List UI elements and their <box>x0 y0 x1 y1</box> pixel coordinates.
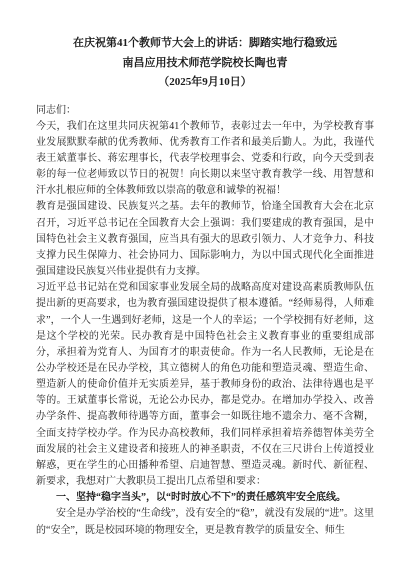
document-author-line: 南昌应用技术师范学院校长陶也青 <box>36 54 374 74</box>
section-heading-safety: 一、坚持“稳字当头”，以“时时放心不下”的责任感筑牢安全底线。 <box>36 490 374 506</box>
paragraph-education-strong-nation: 教育是强国建设、民族复兴之基。去年的教师节，恰逢全国教育大会在北京召开，习近平总… <box>36 199 374 280</box>
document-date-line: （2025年9月10日） <box>36 73 374 93</box>
document-title-block: 在庆祝第41个教师节大会上的讲话：脚踏实地行稳致远 南昌应用技术师范学院校长陶也… <box>36 34 374 93</box>
salutation: 同志们： <box>36 103 374 119</box>
paragraph-greeting: 今天，我们在这里共同庆祝第41个教师节，表彰过去一年中，为学校教育事业发展默默奉… <box>36 119 374 200</box>
document-title: 在庆祝第41个教师节大会上的讲话：脚踏实地行稳致远 <box>36 34 374 54</box>
paragraph-safety: 安全是办学治校的“生命线”，没有安全的“稳”，就没有发展的“进”。这里的“安全”… <box>36 506 374 538</box>
document-page: 在庆祝第41个教师节大会上的讲话：脚踏实地行稳致远 南昌应用技术师范学院校长陶也… <box>0 0 410 580</box>
paragraph-teacher-mission: 习近平总书记站在党和国家事业发展全局的战略高度对建设高素质教师队伍提出新的更高要… <box>36 280 374 490</box>
